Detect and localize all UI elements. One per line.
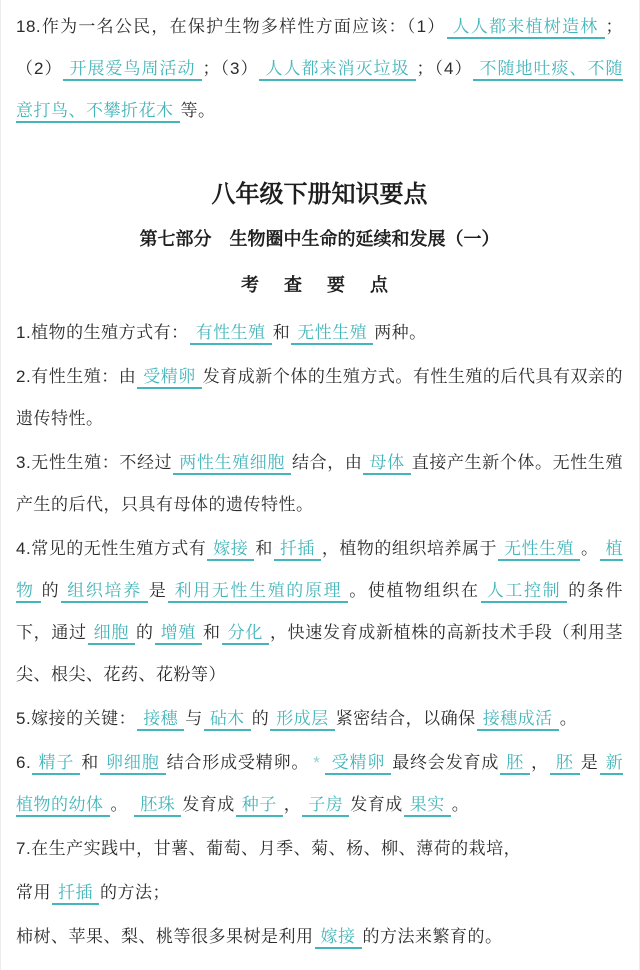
asterisk-mark: * <box>309 753 324 772</box>
text-run: 和 <box>273 323 291 342</box>
paragraph: 常用扦插的方法； <box>16 872 623 914</box>
text-run: ；（4） <box>417 59 473 78</box>
text-run: 7.在生产实践中，甘薯、葡萄、月季、菊、杨、柳、薄荷的栽培， <box>16 839 521 858</box>
blank-answer: 增殖 <box>155 623 202 645</box>
blank-answer: 卵细胞 <box>100 753 166 775</box>
text-run: 3.无性生殖：不经过 <box>16 453 172 472</box>
text-run: 2.有性生殖：由 <box>16 367 136 386</box>
blank-answer: 无性生殖 <box>498 539 580 561</box>
blank-answer: 组织培养 <box>61 581 148 603</box>
blank-answer: 人工控制 <box>481 581 568 603</box>
text-run: 等。 <box>181 101 216 120</box>
blank-answer: 接穗成活 <box>477 709 559 731</box>
text-run: 发育成 <box>350 795 403 814</box>
text-run: 的方法； <box>100 883 170 902</box>
blank-answer: 受精卵 <box>325 753 391 775</box>
text-run: 5.嫁接的关键： <box>16 709 136 728</box>
text-run: ；（3） <box>203 59 259 78</box>
text-run: 与 <box>185 709 203 728</box>
blank-answer: 扦插 <box>52 883 99 905</box>
document-page: 18.作为一名公民，在保护生物多样性方面应该：（1）人人都来植树造林；（2）开展… <box>0 0 640 970</box>
text-run: 的 <box>42 581 61 600</box>
paragraph: 18.作为一名公民，在保护生物多样性方面应该：（1）人人都来植树造林；（2）开展… <box>16 6 623 132</box>
blank-answer: 开展爱鸟周活动 <box>63 59 201 81</box>
text-run: 。 <box>581 539 599 558</box>
blank-answer: 受精卵 <box>137 367 202 389</box>
blank-answer: 无性生殖 <box>291 323 373 345</box>
blank-answer: 两性生殖细胞 <box>173 453 291 475</box>
paragraph: 6.精子和卵细胞结合形成受精卵。*受精卵最终会发育成胚，胚是新植物的幼体。 胚珠… <box>16 742 623 826</box>
blank-answer: 胚珠 <box>134 795 181 817</box>
page-title: 八年级下册知识要点 <box>16 174 623 216</box>
paragraph: 3.无性生殖：不经过两性生殖细胞结合，由母体直接产生新个体。无性生殖产生的后代，… <box>16 442 623 526</box>
text-run: 结合形成受精卵。 <box>167 753 310 772</box>
text-run: ， <box>531 753 549 772</box>
exam-points-heading: 考 查 要 点 <box>16 264 623 306</box>
blank-answer: 嫁接 <box>207 539 254 561</box>
text-run: 发育成 <box>182 795 235 814</box>
text-run: 。 <box>560 709 578 728</box>
text-run: 结合，由 <box>292 453 362 472</box>
paragraph: 7.在生产实践中，甘薯、葡萄、月季、菊、杨、柳、薄荷的栽培， <box>16 828 623 870</box>
text-run: ， <box>284 795 302 814</box>
text-run: 的方法来繁育的。 <box>363 927 503 946</box>
blank-answer: 细胞 <box>88 623 135 645</box>
text-run: 的 <box>252 709 270 728</box>
part-subtitle: 第七部分 生物圈中生命的延续和发展（一） <box>16 218 623 260</box>
blank-answer: 胚 <box>500 753 530 775</box>
knowledge-items-container: 1.植物的生殖方式有：有性生殖和无性生殖两种。2.有性生殖：由受精卵发育成新个体… <box>16 312 623 958</box>
blank-answer: 利用无性生殖的原理 <box>168 581 348 603</box>
blank-answer: 分化 <box>222 623 269 645</box>
text-run: 两种。 <box>374 323 427 342</box>
paragraph: 1.植物的生殖方式有：有性生殖和无性生殖两种。 <box>16 312 623 354</box>
text-run: 柿树、苹果、梨、桃等很多果树是利用 <box>16 927 314 946</box>
text-run: 是 <box>149 581 168 600</box>
blank-answer: 人人都来植树造林 <box>447 17 605 39</box>
paragraph: 柿树、苹果、梨、桃等很多果树是利用嫁接的方法来繁育的。 <box>16 916 623 958</box>
blank-answer: 子房 <box>302 795 349 817</box>
text-run: 紧密结合，以确保 <box>336 709 476 728</box>
paragraph: 4.常见的无性生殖方式有嫁接和扦插，植物的组织培养属于无性生殖。植物的组织培养是… <box>16 528 623 696</box>
text-run: 和 <box>203 623 221 642</box>
blank-answer: 有性生殖 <box>190 323 272 345</box>
intro-paragraph-container: 18.作为一名公民，在保护生物多样性方面应该：（1）人人都来植树造林；（2）开展… <box>16 6 623 132</box>
blank-answer: 种子 <box>236 795 283 817</box>
blank-answer: 扦插 <box>274 539 321 561</box>
text-run: 是 <box>581 753 599 772</box>
text-run: 18.作为一名公民，在保护生物多样性方面应该：（1） <box>16 17 446 36</box>
text-run: 。使植物组织在 <box>349 581 479 600</box>
text-run: 的 <box>136 623 154 642</box>
paragraph: 5.嫁接的关键：接穗与砧木的形成层紧密结合，以确保接穗成活。 <box>16 698 623 740</box>
blank-answer: 嫁接 <box>315 927 362 949</box>
blank-answer: 接穗 <box>137 709 184 731</box>
paragraph: 2.有性生殖：由受精卵发育成新个体的生殖方式。有性生殖的后代具有双亲的遗传特性。 <box>16 356 623 440</box>
text-run: 。 <box>111 795 134 814</box>
blank-answer: 形成层 <box>270 709 335 731</box>
text-run: ，植物的组织培养属于 <box>322 539 497 558</box>
blank-answer: 母体 <box>363 453 410 475</box>
text-run: 和 <box>255 539 273 558</box>
blank-answer: 果实 <box>404 795 451 817</box>
text-run: 常用 <box>16 883 51 902</box>
text-run: 最终会发育成 <box>392 753 499 772</box>
text-run: 和 <box>81 753 99 772</box>
text-run: 6. <box>16 753 31 772</box>
text-run: 1.植物的生殖方式有： <box>16 323 189 342</box>
text-run: 4.常见的无性生殖方式有 <box>16 539 206 558</box>
blank-answer: 精子 <box>32 753 80 775</box>
blank-answer: 人人都来消灭垃圾 <box>259 59 415 81</box>
blank-answer: 砧木 <box>204 709 251 731</box>
text-run: 。 <box>452 795 470 814</box>
blank-answer: 胚 <box>550 753 580 775</box>
